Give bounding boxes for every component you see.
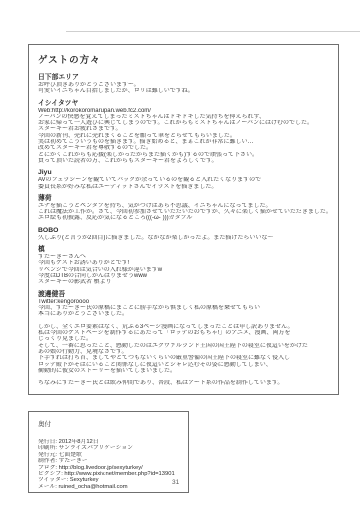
guest-section: Jiyu AVのフェラシーンを観ていてバックが余っているのを観ると入れたくなりま… — [38, 169, 330, 190]
guest-name: BOBO — [38, 227, 330, 235]
guest-comment-line: 可愛いイニちゃん目指しましたが、ロリは難しいですね。 — [38, 88, 330, 94]
guest-name: 薄荷 — [38, 195, 330, 203]
colophon-title: 奥付 — [38, 419, 179, 428]
guest-section: 槙 すたーきーさんへ今回もゲストお誘いありがとです!リベンジで今回は気合いの入れ… — [38, 246, 330, 285]
page-number: 31 — [172, 479, 179, 486]
guest-comment-line: 下手すれば打ち首、ましてやとてつもないくらいの厳重警備の国王陛下の寝室に難なく侵… — [38, 355, 330, 361]
guest-section: 薄荷 ユナを描こうとペンタブを持ち、気がつけばあら不思議、イニちゃんになってまし… — [38, 195, 330, 222]
guest-section: 日下部エリア お呼び頂きありがとうございますー。可愛いイニちゃん目指しましたが、… — [38, 74, 330, 95]
guest-name: 日下部エリア — [38, 74, 330, 82]
guest-name: Jiyu — [38, 169, 330, 177]
scan-artifact-line — [66, 31, 360, 32]
guest-comment-line: 委員長系が好みな私はユーディットさんでイラストを描きました。 — [38, 184, 330, 190]
guest-sections: 日下部エリア お呼び頂きありがとうございますー。可愛いイニちゃん目指しましたが、… — [38, 74, 330, 387]
guest-section: 渡邊健吾 Twitter:kengoroooo今回、すたーきー氏の原稿にまことに… — [38, 291, 330, 387]
guest-comment-line: スターキーの影武者 槙より — [38, 279, 330, 285]
guest-section: イシイタツヤ Web:http://korokoromarupan.web.fc… — [38, 100, 330, 165]
guest-comment-line: エロ絵も初披露、反応が気になるところ(((-ω-`)))ガタブル — [38, 215, 330, 221]
guest-comment-line: 買って頂いた読者の方、これからもスターキー君をよろしくです。 — [38, 158, 330, 164]
guest-comment-line: 久しぶり(と言うか2回目)に描きました。なかなか楽しかったよ。また描けたらいいな… — [38, 235, 330, 241]
colophon-box: 奥付 発行日: 2012年8月12日印刷所: サンライズパブリケーション発行元:… — [28, 411, 189, 493]
page-title: ゲストの方々 — [38, 52, 330, 66]
guest-name: 渡邊健吾 — [38, 291, 330, 299]
guest-comment-line: ちなみにすたーきー氏とは飲み仲間であり、普段、私はアート系の作品を制作しています… — [38, 380, 330, 386]
colophon-entry: メール: ruined_ocha@hotmail.com — [38, 484, 179, 490]
guest-comment-line: そして、一番に思ったこと、感動したのはユグヴァルランド王国の国王陛下の寝室に夜這… — [38, 343, 330, 349]
colophon-entries: 発行日: 2012年8月12日印刷所: サンライズパブリケーション発行元: 七面… — [38, 439, 179, 490]
guest-name: イシイタツヤ — [38, 100, 330, 108]
guest-name: 槙 — [38, 246, 330, 254]
guest-comments-box: ゲストの方々 日下部エリア お呼び頂きありがとうございますー。可愛いイニちゃん目… — [28, 44, 339, 395]
guest-section: BOBO 久しぶり(と言うか2回目)に描きました。なかなか楽しかったよ。また描け… — [38, 227, 330, 241]
